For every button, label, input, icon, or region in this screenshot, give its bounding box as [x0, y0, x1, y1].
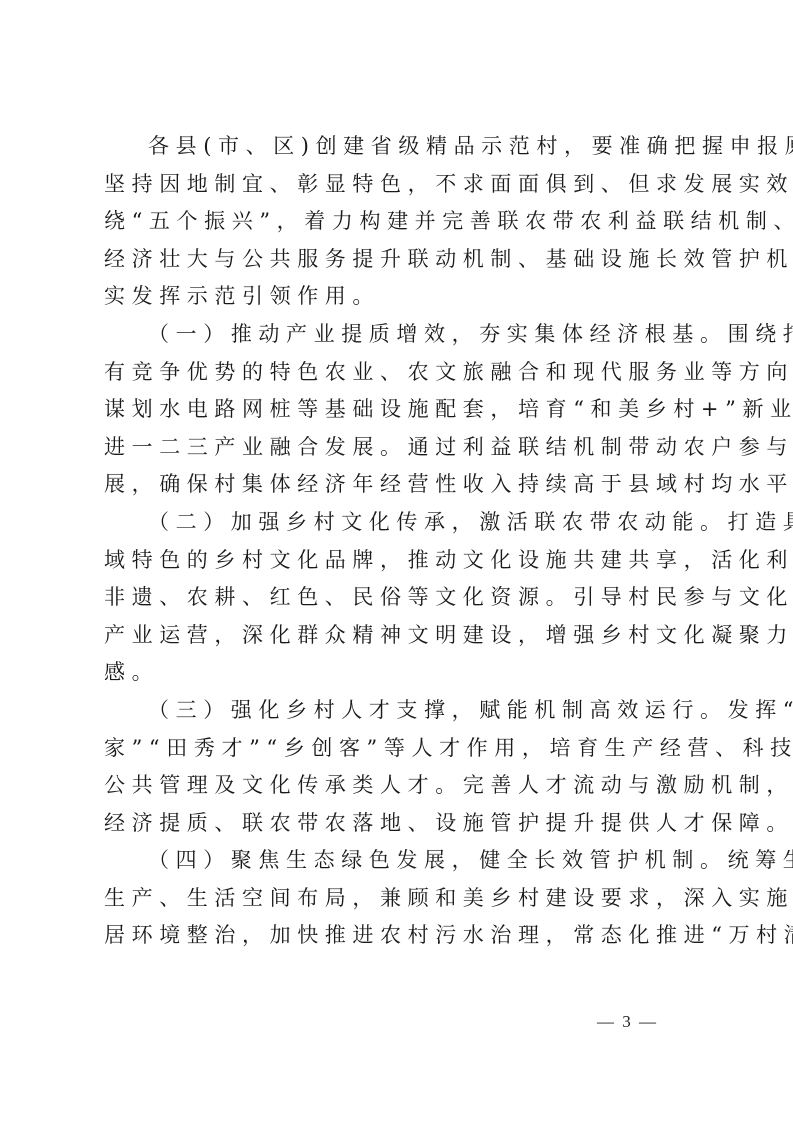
text-line: 非遗、农耕、红色、民俗等文化资源。引导村民参与文化保护与	[104, 579, 692, 617]
text-line: 各县(市、区)创建省级精品示范村，要准确把握申报原则，	[104, 128, 692, 166]
document-page: 各县(市、区)创建省级精品示范村，要准确把握申报原则， 坚持因地制宜、彰显特色，…	[0, 0, 793, 1122]
section-heading-line: （四）聚焦生态绿色发展，健全长效管护机制。统筹生态、	[104, 842, 692, 880]
text-line: 居环境整治，加快推进农村污水治理，常态化推进“万村清万塘”	[104, 917, 692, 955]
text-line: 产业运营，深化群众精神文明建设，增强乡村文化凝聚力与认同	[104, 617, 692, 655]
text-line: 家”“田秀才”“乡创客”等人才作用，培育生产经营、科技服务、	[104, 730, 692, 768]
text-line: 经济壮大与公共服务提升联动机制、基础设施长效管护机制，切	[104, 241, 692, 279]
section-heading-line: （三）强化乡村人才支撑，赋能机制高效运行。发挥“土专	[104, 692, 692, 730]
paragraph-section-2: （二）加强乡村文化传承，激活联农带农动能。打造具有地 域特色的乡村文化品牌，推动…	[104, 504, 692, 692]
paragraph-section-4: （四）聚焦生态绿色发展，健全长效管护机制。统筹生态、 生产、生活空间布局，兼顾和…	[104, 842, 692, 955]
section-heading-line: （二）加强乡村文化传承，激活联农带农动能。打造具有地	[104, 504, 692, 542]
page-number: — 3 —	[597, 1010, 658, 1034]
text-line: 坚持因地制宜、彰显特色，不求面面俱到、但求发展实效。要围	[104, 166, 692, 204]
document-body: 各县(市、区)创建省级精品示范村，要准确把握申报原则， 坚持因地制宜、彰显特色，…	[104, 128, 692, 955]
paragraph-section-3: （三）强化乡村人才支撑，赋能机制高效运行。发挥“土专 家”“田秀才”“乡创客”等…	[104, 692, 692, 842]
text-line: 实发挥示范引领作用。	[104, 278, 692, 316]
text-line: 公共管理及文化传承类人才。完善人才流动与激励机制，为集体	[104, 767, 692, 805]
text-line: 域特色的乡村文化品牌，推动文化设施共建共享，活化利用乡村	[104, 542, 692, 580]
text-line: 进一二三产业融合发展。通过利益联结机制带动农户参与产业发	[104, 429, 692, 467]
text-line: 经济提质、联农带农落地、设施管护提升提供人才保障。	[104, 805, 692, 843]
text-line: 生产、生活空间布局，兼顾和美乡村建设要求，深入实施农村人	[104, 880, 692, 918]
paragraph-section-1: （一）推动产业提质增效，夯实集体经济根基。围绕打造具 有竞争优势的特色农业、农文…	[104, 316, 692, 504]
text-line: 展，确保村集体经济年经营性收入持续高于县域村均水平。	[104, 466, 692, 504]
text-line: 感。	[104, 654, 692, 692]
text-line: 绕“五个振兴”，着力构建并完善联农带农利益联结机制、村集体	[104, 203, 692, 241]
paragraph-intro: 各县(市、区)创建省级精品示范村，要准确把握申报原则， 坚持因地制宜、彰显特色，…	[104, 128, 692, 316]
section-heading-line: （一）推动产业提质增效，夯实集体经济根基。围绕打造具	[104, 316, 692, 354]
text-line: 谋划水电路网桩等基础设施配套，培育“和美乡村+”新业态，促	[104, 391, 692, 429]
text-line: 有竞争优势的特色农业、农文旅融合和现代服务业等方向，统筹	[104, 354, 692, 392]
